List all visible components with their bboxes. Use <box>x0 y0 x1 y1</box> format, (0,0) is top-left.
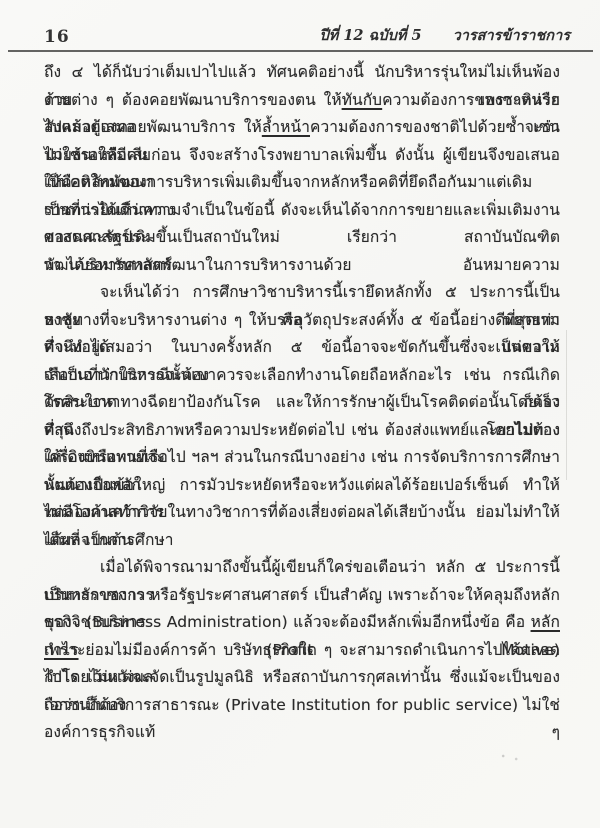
text-line: ให้เดินหรือพายเรือไป ฯลฯ ส่วนในกรณีบางอย… <box>44 444 560 472</box>
text-segment: ว่า ได้ยอมรับหลักพัฒนาในการบริหารงานด้วย <box>44 256 352 274</box>
journal-header: ปีที่ 12 ฉบับที่ 5 วารสารข้าราชการ <box>320 24 570 47</box>
header-rule <box>8 50 593 52</box>
text-line: เพราะย่อมไม่มีองค์การค้า บริษัทธุรกิจใด … <box>44 637 560 665</box>
text-line: ทดลองค้นคว้าวิจัยในทางวิชาการที่ต้องเสี่… <box>44 499 560 527</box>
text-line: เลือกเอาว่าในกรณีนั้นเขาควรจะเลือกทำงานโ… <box>44 362 560 390</box>
text-line: พัฒนาเป็นข้อใหญ่ การมัวประหยัดหรือจะหวัง… <box>44 472 560 500</box>
text-line: คำนึงถึงประสิทธิภาพหรือความประหยัดต่อไป … <box>44 417 560 445</box>
text-line: เต็มที่ เป็นต้น <box>44 527 560 555</box>
text-segment: ธุรกิจ (Business Administration) แล้วจะต… <box>44 613 531 631</box>
text-line: หาลู่ทางที่จะบริหารงานต่าง ๆ ให้บรรลุวัต… <box>44 307 560 335</box>
text-line: เป็นคติใหม่ของการบริหารเพิ่มเติมขึ้นจากห… <box>44 169 560 197</box>
text-line: บริหารราชการ หรือรัฐประศาสนศาสตร์ เป็นสำ… <box>44 582 560 610</box>
text-line: ป่วยล้นเหลือเสียก่อน จึงจะสร้างโรงพยาบาล… <box>44 142 560 170</box>
page-number: 16 <box>44 27 70 47</box>
text-line: ถึง ๔ ได้ก็นับว่าเต็มเปาไปแล้ว ทัศนคติอย… <box>44 59 560 87</box>
underlined-text: ทันกับ <box>342 91 382 109</box>
text-line: กำไร เว้นแต่จะจัดเป็นรูปมูลนิธิ หรือสถาบ… <box>44 664 560 692</box>
text-line: ถือว่าเป็นบริการสาธารณะ (Private Institu… <box>44 692 560 720</box>
journal-title: วารสารข้าราชการ <box>453 27 570 44</box>
page-body: ถึง ๔ ได้ก็นับว่าเต็มเปาไปแล้ว ทัศนคติอย… <box>44 59 560 719</box>
text-segment: งานต่าง ๆ ต้องคอยพัฒนาบริการของตน ให้ <box>44 91 342 109</box>
scan-line-artifact <box>566 330 567 480</box>
underlined-text: ล้ำหน้า <box>262 118 310 136</box>
text-segment: ถือว่าเป็นบริการสาธารณะ (Private Institu… <box>44 696 560 742</box>
text-line: ตัดสินใจหาทางฉีดยาป้องกันโรค และให้การรั… <box>44 389 560 417</box>
text-line: จะเห็นได้ว่า การศึกษาวิชาบริหารนี้เรายึด… <box>44 279 560 307</box>
text-line: ศาสนศาสตร์เดิมขึ้นเป็นสถาบันใหม่ เรียกว่… <box>44 224 560 252</box>
text-line: คำนึงอยู่เสมอว่า ในบางครั้งหลัก ๕ ข้อนี้… <box>44 334 560 362</box>
scan-speckle-artifact <box>498 752 524 762</box>
text-line: ราชการได้เห็นความจำเป็นในข้อนี้ ดังจะเห็… <box>44 197 560 225</box>
page-header: 16 ปีที่ 12 ฉบับที่ 5 วารสารข้าราชการ <box>44 24 570 47</box>
text-line: ไปแล้วต้องคอยพัฒนาบริการ ให้ล้ำหน้าความต… <box>44 114 560 142</box>
issue-label: ปีที่ 12 ฉบับที่ 5 <box>320 27 422 44</box>
text-line: ธุรกิจ (Business Administration) แล้วจะต… <box>44 609 560 637</box>
text-segment: ไปแล้วต้องคอยพัฒนาบริการ ให้ <box>44 118 262 136</box>
text-segment: เต็มที่ เป็นต้น <box>44 531 132 549</box>
text-line: งานต่าง ๆ ต้องคอยพัฒนาบริการของตน ให้ทัน… <box>44 87 560 115</box>
scanned-document-page: 16 ปีที่ 12 ฉบับที่ 5 วารสารข้าราชการ ถึ… <box>0 0 600 828</box>
text-line: เมื่อได้พิจารณามาถึงขั้นนี้ผู้เขียนก็ใคร… <box>44 554 560 582</box>
